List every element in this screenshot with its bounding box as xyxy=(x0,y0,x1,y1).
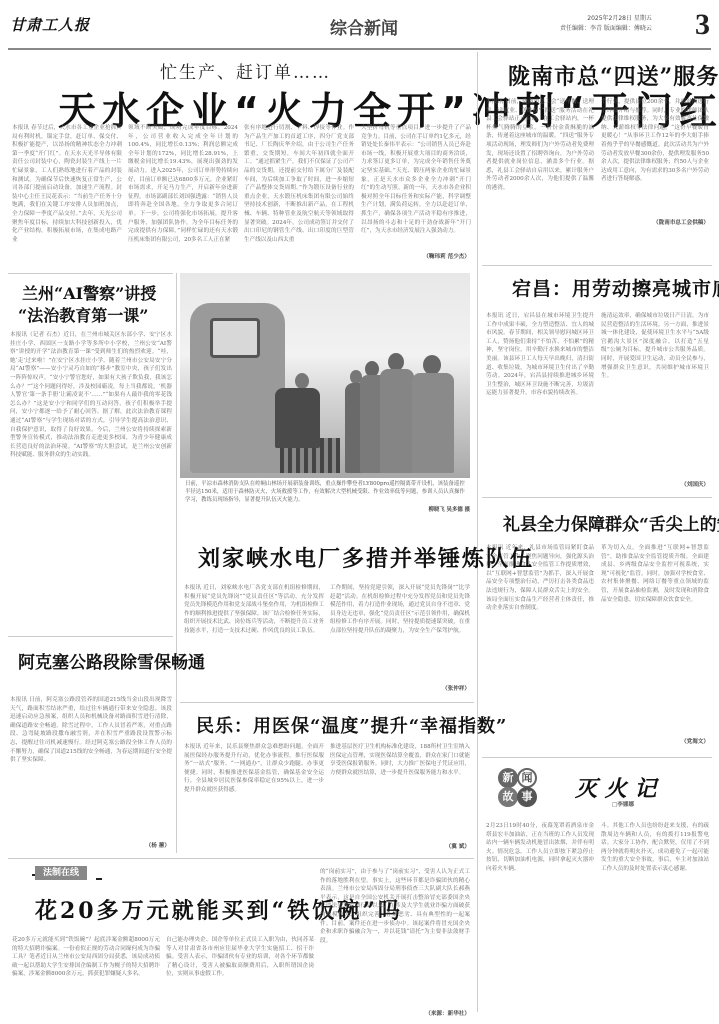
editors: 责任编辑：李青 版面编辑：傅晓云 xyxy=(560,24,652,34)
legal-byline: （来源：新华社） xyxy=(380,1010,470,1019)
section-divider xyxy=(180,702,474,703)
badge-char: 闻 xyxy=(517,768,537,788)
longnan-byline: （陇南市总工会供稿） xyxy=(601,219,709,228)
lead-col-1: 本报讯 春节过后，天水市各工业企业抢抓开局有利时机，锚定手盘，赶订单、保交付，积… xyxy=(12,124,122,269)
person-head xyxy=(295,373,309,389)
lixian-col-2: 革为切入点，全面推进“互联网+智慧监管”，助推食品安全监管提质升级。全面建成县、… xyxy=(601,544,709,736)
akesai-byline: （杨 蕙） xyxy=(110,842,170,851)
badge-char: 新 xyxy=(498,768,518,788)
longnan-col-1: 本报讯 日前，陇南市总工会“送早餐、送理发、送就业、送维权”“四送”服务活动在礼… xyxy=(486,98,594,263)
legal-col-1: 花20多万元就能买到“铁饭碗”？起底涉案金额超8000万元的特大招聘诈骗案。一份… xyxy=(12,936,160,1016)
minle-headline: 民乐：用医保“温度”提升“幸福指数” xyxy=(196,712,507,738)
section-divider xyxy=(8,858,474,859)
lixian-byline: （党海文） xyxy=(601,738,709,747)
lead-col-4: 大型折弯机等重点项目，进一步提升了产品竞争力。目前，公司在手订单约1亿多元，经销… xyxy=(361,124,471,252)
lixian-headline: 礼县全力保障群众“舌尖上的安全” xyxy=(503,510,719,535)
news-story-author: □李娜娜 xyxy=(612,801,634,810)
publish-date: 2025年2月28日 星期五 xyxy=(560,14,652,24)
legal-col-4: 的“岗前实习”，由于参与了“岗前实习”，受害人认为正式工作的落地胜利在望。事实上… xyxy=(320,868,470,1008)
lead-col-2: 领域不断突破，成功完成年度目标。2024年，公司营业收入完成全年计划的100.4… xyxy=(128,124,238,269)
person-figure xyxy=(380,369,414,473)
person-figure xyxy=(275,388,320,448)
photo-caption: 日前，平凉市森林消防支队在崆峒山林场开展新装备训练，重点操作攀登者LY800pr… xyxy=(185,480,470,514)
section-divider xyxy=(8,273,173,274)
column-divider xyxy=(477,52,478,1012)
masthead-rule xyxy=(8,48,711,50)
badge-char: 事 xyxy=(517,787,537,807)
section-divider xyxy=(8,636,173,637)
section-title: 综合新闻 xyxy=(330,14,398,39)
akesai-body: 本报讯 日前，阿克塞公路段管养的国道215线当金山段出现降雪天气，路面积雪结冰严… xyxy=(10,696,172,841)
news-story-col-2: 斗。其他工作人员也纷纷赶来支援，有的疏散周边车辆和人员，有的拨打119报警电话。… xyxy=(601,822,709,1012)
minle-byline: （冀 斌） xyxy=(410,843,470,852)
lead-byline: （鞠玮莉 范少杰） xyxy=(380,253,470,262)
longnan-headline: 陇南市总“四送”服务暖人心 xyxy=(508,60,719,91)
person-head xyxy=(423,355,441,375)
photo-credit: 柳晓飞 吴多德 摄 xyxy=(185,506,470,514)
liujiaxia-byline: （张仲祥） xyxy=(400,685,470,694)
yichang-headline: 宕昌：用劳动擦亮城市底色 xyxy=(512,274,719,301)
caption-text: 日前，平凉市森林消防支队在崆峒山林场开展新装备训练，重点操作攀登者LY800pr… xyxy=(185,481,465,503)
tag-line xyxy=(96,878,102,880)
lead-col-3: 张有序地进行切割、下料、焊接等作业。作为产品生产加工的首道工序，四分厂党支部书记… xyxy=(244,124,354,269)
yichang-col-1: 本报讯 近日，宕昌县在城市环境卫生提升工作中成果丰硕，全力塑造整洁、宜人的城市风… xyxy=(486,312,594,492)
newspaper-logo: 甘肃工人报 xyxy=(10,14,90,35)
column-divider xyxy=(176,273,177,853)
yichang-byline: （刘国庆） xyxy=(601,481,709,490)
liujiaxia-col-1: 本报讯 近日，刘家峡水电厂各党支部在机组检修期间，积极开展“党员先锋岗”“党员责… xyxy=(184,584,324,699)
machine-screen xyxy=(210,318,260,358)
yichang-col-2: 施清运效率，确保城市垃圾日产日清，为市民营造整洁的生活环境。另一方面，推进景城一… xyxy=(601,312,709,480)
liujiaxia-col-2: 工作期间，坚持党建引领，深入开展“党员先锋岗”“比学赶超”活动。在机组检修过程中… xyxy=(330,584,470,684)
person-figure xyxy=(412,373,454,473)
section-divider xyxy=(482,757,712,758)
longnan-col-2: 个行业，提供岗位200余个，并面对面进行了详细介绍与推荐。同时，专业的律师团队提… xyxy=(601,98,709,218)
liujiaxia-headline: 刘家峡水电厂多措并举锤炼队伍 xyxy=(198,542,534,573)
news-story-headline: 灭 火 记 xyxy=(575,772,656,803)
news-photo xyxy=(180,273,470,478)
minle-col-1: 本报讯 近年来，民乐县聚焦群众急难愁盼问题，全面开展医保经办服务提升行动，优化办… xyxy=(184,743,324,853)
dateline: 2025年2月28日 星期五 责任编辑：李青 版面编辑：傅晓云 xyxy=(560,14,652,34)
lanzhou-headline-line1: 兰州“AI警察”讲授 xyxy=(22,281,156,304)
section-divider xyxy=(482,265,712,266)
akesai-headline: 阿克塞公路段除雪保畅通 xyxy=(18,648,205,673)
page-number: 3 xyxy=(695,8,710,42)
lanzhou-headline-line2: “法治教育第一课” xyxy=(18,303,148,326)
section-divider xyxy=(482,497,712,498)
minle-col-2: 推进基层医疗卫生机构标准化建设，188所村卫生室纳入医保定点管理，实现医保结算全… xyxy=(330,743,470,843)
badge-char: 故 xyxy=(498,787,518,807)
masthead: 甘肃工人报 综合新闻 2025年2月28日 星期五 责任编辑：李青 版面编辑：傅… xyxy=(0,0,719,50)
news-story-col-1: 2月23日19时40分，夜幕笼罩着酒泉市金塔县宏丰加油站，正在当班的工作人员发现… xyxy=(486,822,594,1012)
section-tag: 法制在线 xyxy=(35,866,87,880)
legal-col-2: 自己能办理央企、国企等单位正式员工入职为由，伙同苏某等人对甘肃省各市州应往届毕业… xyxy=(166,936,314,1016)
lanzhou-body: 本报讯（记者 石杰）近日，在兰州市城关区东部小学、安宁区水挂庄小学、西固区一支路… xyxy=(10,331,172,631)
